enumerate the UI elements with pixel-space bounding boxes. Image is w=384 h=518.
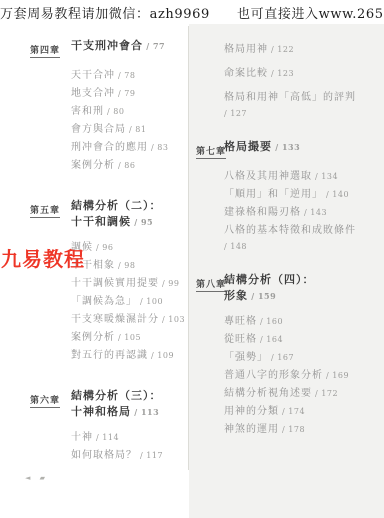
- toc-chapter-block: 格局用神 / 122命案比較 / 123格局和用神「高低」的評判/ 127: [196, 38, 380, 120]
- toc-item-label: 格局和用神「高低」的評判: [224, 92, 356, 103]
- toc-item: 案例分析 / 86: [30, 160, 193, 172]
- chapter-row: 第四章干支刑冲會合 / 77: [30, 38, 193, 58]
- page-number: / 105: [115, 333, 141, 342]
- toc-item-label: 專旺格: [224, 316, 257, 327]
- toc-column-right: 格局用神 / 122命案比較 / 123格局和用神「高低」的評判/ 127第七章…: [196, 38, 380, 442]
- chapter-row: 第五章結構分析（二）：十干和調候 / 95: [30, 198, 193, 230]
- toc-item: 地支合冲 / 79: [30, 88, 193, 100]
- toc-item: 八格及其用神選取 / 134: [196, 171, 380, 183]
- toc-chapter-block: 第五章結構分析（二）：十干和調候 / 95調候 / 96十干相象 / 98十干調…: [30, 198, 193, 362]
- chapter-label-box: 第六章: [30, 388, 71, 408]
- toc-item: 十干調候實用提要 / 99: [30, 278, 193, 290]
- toc-item: 會方與合局 / 81: [30, 124, 193, 136]
- toc-chapter-block: 第四章干支刑冲會合 / 77天干合冲 / 78地支合冲 / 79害和刑 / 80…: [30, 38, 193, 172]
- toc-item-label: 刑冲會合的應用: [71, 142, 148, 153]
- toc-item: 對五行的再認識 / 109: [30, 350, 193, 362]
- page-marker-icon: ▰: [40, 474, 45, 482]
- page-number: / 160: [257, 317, 283, 326]
- toc-item: 命案比較 / 123: [196, 68, 380, 80]
- chapter-title: 結構分析（二）：十干和調候 / 95: [71, 198, 193, 230]
- chapter-label: 第八章: [196, 277, 226, 292]
- toc-item-label: 案例分析: [71, 332, 115, 343]
- chapter-label: 第六章: [30, 393, 60, 408]
- chapter-label: 第五章: [30, 203, 60, 218]
- watermark-text: 九易教程: [1, 243, 85, 272]
- toc-item-label: 對五行的再認識: [71, 350, 148, 361]
- toc-item: 神煞的運用 / 178: [196, 424, 380, 436]
- page-number: / 100: [137, 297, 163, 306]
- page-number: / 159: [248, 291, 276, 301]
- page-number: / 134: [312, 172, 338, 181]
- toc-item: 如何取格局？ / 117: [30, 450, 193, 462]
- page-number: / 114: [93, 433, 119, 442]
- chapter-title-line: 結構分析（二）：: [71, 198, 193, 214]
- toc-item-label: 干支寒暖燥濕計分: [71, 314, 159, 325]
- page-number: / 140: [323, 190, 349, 199]
- page-number: / 178: [279, 425, 305, 434]
- toc-item-label: 八格的基本特徵和成敗條件: [224, 225, 356, 236]
- toc-item-label: 「强勢」: [224, 352, 268, 363]
- chapter-label-box: 第七章: [196, 139, 224, 159]
- chapter-title-line: 形象 / 159: [224, 288, 380, 304]
- chapter-label-box: 第五章: [30, 198, 71, 218]
- page-number-line: / 127: [224, 108, 380, 120]
- toc-item-label: 「調候為急」: [71, 296, 137, 307]
- toc-item: 八格的基本特徵和成敗條件/ 148: [196, 225, 380, 253]
- toc-chapter-block: 第八章結構分析（四）：形象 / 159專旺格 / 160從旺格 / 164「强勢…: [196, 272, 380, 436]
- toc-item-label: 會方與合局: [71, 124, 126, 135]
- chapter-title-line: 干支刑冲會合 / 77: [71, 38, 193, 54]
- page-number: / 98: [115, 261, 135, 270]
- page-number: / 133: [272, 142, 300, 152]
- page-number: / 99: [159, 279, 179, 288]
- page-number: / 83: [148, 143, 168, 152]
- page-number: / 167: [268, 353, 294, 362]
- toc-item-label: 地支合冲: [71, 88, 115, 99]
- toc-item-label: 普通八字的形象分析: [224, 370, 323, 381]
- page-number: / 148: [224, 242, 247, 251]
- toc-item: 刑冲會合的應用 / 83: [30, 142, 193, 154]
- page-number: / 113: [131, 407, 159, 417]
- toc-item: 案例分析 / 105: [30, 332, 193, 344]
- page-number: / 103: [159, 315, 185, 324]
- toc-item-label: 格局用神: [224, 44, 268, 55]
- toc-item-label: 從旺格: [224, 334, 257, 345]
- toc-item: 專旺格 / 160: [196, 316, 380, 328]
- toc-item-label: 案例分析: [71, 160, 115, 171]
- toc-chapter-block: 第六章結構分析（三）：十神和格局 / 113十神 / 114如何取格局？ / 1…: [30, 388, 193, 462]
- footer-marks: ◄ ▰: [25, 474, 52, 482]
- chapter-title-line: 格局撮要 / 133: [224, 139, 380, 155]
- toc-item: 十神 / 114: [30, 432, 193, 444]
- page-number: / 117: [137, 451, 163, 460]
- toc-item-label: 害和刑: [71, 106, 104, 117]
- toc-item-label: 用神的分類: [224, 406, 279, 417]
- chapter-title-line: 十神和格局 / 113: [71, 404, 193, 420]
- page-number: / 164: [257, 335, 283, 344]
- page-number: / 109: [148, 351, 174, 360]
- chapter-title-line: 結構分析（三）：: [71, 388, 193, 404]
- page-number: / 127: [224, 109, 247, 118]
- toc-item: 用神的分類 / 174: [196, 406, 380, 418]
- toc-item: 從旺格 / 164: [196, 334, 380, 346]
- page-number: / 172: [312, 389, 338, 398]
- page-back-icon: ◄: [25, 474, 30, 482]
- chapter-row: 第六章結構分析（三）：十神和格局 / 113: [30, 388, 193, 420]
- page-number: / 122: [268, 45, 294, 54]
- page-number: / 95: [131, 217, 153, 227]
- toc-item: 建祿格和陽刃格 / 143: [196, 207, 380, 219]
- page-number: / 169: [323, 371, 349, 380]
- toc-chapter-block: 第七章格局撮要 / 133八格及其用神選取 / 134「順用」和「逆用」 / 1…: [196, 139, 380, 253]
- page-number: / 123: [268, 69, 294, 78]
- toc-item-label: 天干合冲: [71, 70, 115, 81]
- chapter-title-line: 十干和調候 / 95: [71, 214, 193, 230]
- toc-item: 干支寒暖燥濕計分 / 103: [30, 314, 193, 326]
- page-number: / 79: [115, 89, 135, 98]
- page-number: / 86: [115, 161, 135, 170]
- toc-item: 「順用」和「逆用」 / 140: [196, 189, 380, 201]
- chapter-label: 第七章: [196, 144, 226, 159]
- toc-item-label: 八格及其用神選取: [224, 171, 312, 182]
- promo-header: 万套周易教程请加微信：azh9969 也可直接进入www.265zhouyiw.…: [0, 3, 384, 22]
- chapter-row: 第八章結構分析（四）：形象 / 159: [196, 272, 380, 304]
- chapter-title: 干支刑冲會合 / 77: [71, 38, 193, 54]
- toc-item-label: 結構分析視角述要: [224, 388, 312, 399]
- chapter-title: 結構分析（三）：十神和格局 / 113: [71, 388, 193, 420]
- toc-page: 万套周易教程请加微信：azh9969 也可直接进入www.265zhouyiw.…: [0, 0, 384, 518]
- page-number: / 81: [126, 125, 146, 134]
- toc-item: 「强勢」 / 167: [196, 352, 380, 364]
- page-number-line: / 148: [224, 241, 380, 253]
- toc-item-label: 神煞的運用: [224, 424, 279, 435]
- page-number: / 143: [301, 208, 327, 217]
- toc-item: 結構分析視角述要 / 172: [196, 388, 380, 400]
- toc-item-label: 建祿格和陽刃格: [224, 207, 301, 218]
- chapter-title-line: 結構分析（四）：: [224, 272, 380, 288]
- chapter-label: 第四章: [30, 43, 60, 58]
- toc-item: 天干合冲 / 78: [30, 70, 193, 82]
- chapter-label-box: 第四章: [30, 38, 71, 58]
- chapter-label-box: 第八章: [196, 272, 224, 292]
- toc-item-label: 十神: [71, 432, 93, 443]
- toc-item-label: 如何取格局？: [71, 450, 137, 461]
- toc-item-label: 命案比較: [224, 68, 268, 79]
- page-number: / 78: [115, 71, 135, 80]
- chapter-row: 第七章格局撮要 / 133: [196, 139, 380, 159]
- toc-item: 害和刑 / 80: [30, 106, 193, 118]
- page-number: / 80: [104, 107, 124, 116]
- page-number: / 174: [279, 407, 305, 416]
- toc-item: 普通八字的形象分析 / 169: [196, 370, 380, 382]
- toc-item: 「調候為急」 / 100: [30, 296, 193, 308]
- page-number: / 77: [143, 41, 165, 51]
- toc-item: 格局和用神「高低」的評判/ 127: [196, 92, 380, 120]
- page-number: / 96: [93, 243, 113, 252]
- toc-item-label: 十干調候實用提要: [71, 278, 159, 289]
- chapter-title: 結構分析（四）：形象 / 159: [224, 272, 380, 304]
- toc-item: 格局用神 / 122: [196, 44, 380, 56]
- promo-text: 万套周易教程请加微信：azh9969 也可直接进入www.265zhouyiw.…: [0, 7, 384, 22]
- toc-item-label: 「順用」和「逆用」: [224, 189, 323, 200]
- chapter-title: 格局撮要 / 133: [224, 139, 380, 155]
